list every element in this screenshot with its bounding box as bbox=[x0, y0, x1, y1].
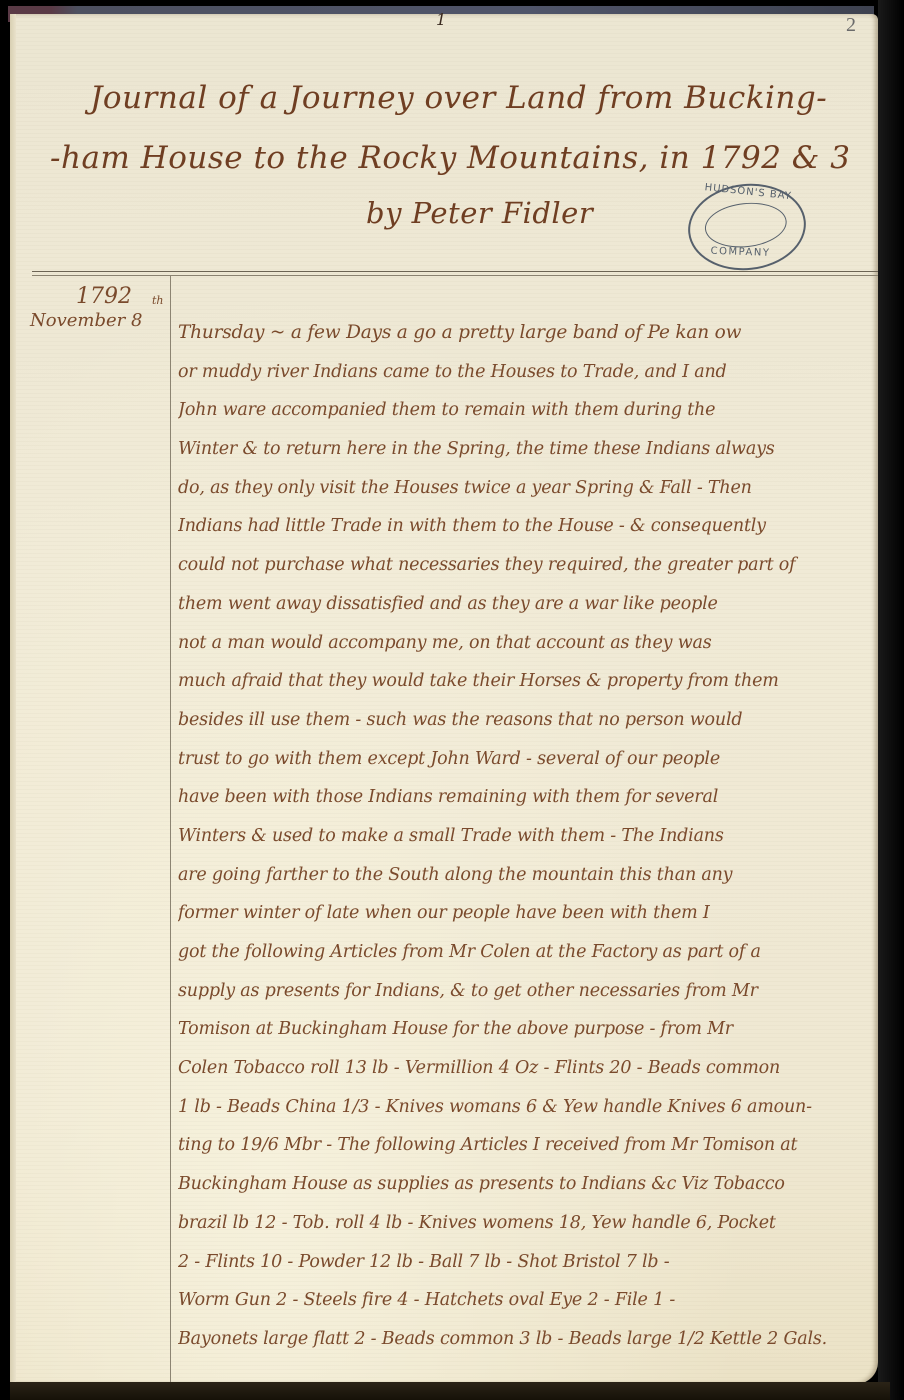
stamp-bottom-text: COMPANY bbox=[710, 246, 770, 259]
entry-line: supply as presents for Indians, & to get… bbox=[178, 972, 878, 1011]
manuscript-page: 1 2 Journal of a Journey over Land from … bbox=[10, 14, 878, 1384]
title-author-line: by Peter Fidler bbox=[366, 196, 593, 230]
entry-line: could not purchase what necessaries they… bbox=[178, 546, 878, 585]
entry-line: got the following Articles from Mr Colen… bbox=[178, 933, 878, 972]
entry-line: 1 lb - Beads China 1/3 - Knives womans 6… bbox=[178, 1088, 878, 1127]
entry-line: brazil lb 12 - Tob. roll 4 lb - Knives w… bbox=[178, 1204, 878, 1243]
entry-line: Tomison at Buckingham House for the abov… bbox=[178, 1010, 878, 1049]
entry-line: do, as they only visit the Houses twice … bbox=[178, 469, 878, 508]
entry-line: are going farther to the South along the… bbox=[178, 856, 878, 895]
entry-line: Colen Tobacco roll 13 lb - Vermillion 4 … bbox=[178, 1049, 878, 1088]
header-rule bbox=[32, 271, 878, 272]
hudsons-bay-company-stamp: HUDSON'S BAY COMPANY bbox=[684, 178, 810, 276]
margin-date: November 8 bbox=[30, 310, 142, 331]
entry-line: former winter of late when our people ha… bbox=[178, 894, 878, 933]
entry-line: Thursday ~ a few Days a go a pretty larg… bbox=[178, 314, 878, 353]
entry-line: them went away dissatisfied and as they … bbox=[178, 585, 878, 624]
entry-line: Bayonets large flatt 2 - Beads common 3 … bbox=[178, 1320, 878, 1359]
entry-line: Buckingham House as supplies as presents… bbox=[178, 1165, 878, 1204]
page-number: 2 bbox=[846, 14, 856, 37]
entry-line: Indians had little Trade in with them to… bbox=[178, 507, 878, 546]
margin-rule bbox=[170, 276, 171, 1384]
entry-line: not a man would accompany me, on that ac… bbox=[178, 624, 878, 663]
book-spine-shadow bbox=[878, 0, 904, 1400]
entry-line: much afraid that they would take their H… bbox=[178, 662, 878, 701]
margin-year: 1792 bbox=[76, 284, 132, 309]
entry-line: or muddy river Indians came to the House… bbox=[178, 353, 878, 392]
entry-line: Winter & to return here in the Spring, t… bbox=[178, 430, 878, 469]
title-line-1: Journal of a Journey over Land from Buck… bbox=[90, 80, 827, 116]
page-gutter-edge bbox=[10, 14, 16, 1384]
entry-line: Worm Gun 2 - Steels fire 4 - Hatchets ov… bbox=[178, 1281, 878, 1320]
entry-line: John ware accompanied them to remain wit… bbox=[178, 391, 878, 430]
entry-line: 2 - Flints 10 - Powder 12 lb - Ball 7 lb… bbox=[178, 1243, 878, 1282]
stamp-inner-oval bbox=[703, 199, 789, 251]
stamp-top-text: HUDSON'S BAY bbox=[704, 182, 792, 202]
entry-line: ting to 19/6 Mbr - The following Article… bbox=[178, 1126, 878, 1165]
folio-mark: 1 bbox=[436, 10, 446, 29]
journal-entry: Thursday ~ a few Days a go a pretty larg… bbox=[178, 314, 878, 1359]
title-line-2: -ham House to the Rocky Mountains, in 17… bbox=[50, 140, 850, 176]
entry-line: Winters & used to make a small Trade wit… bbox=[178, 817, 878, 856]
entry-line: trust to go with them except John Ward -… bbox=[178, 740, 878, 779]
entry-line: besides ill use them - such was the reas… bbox=[178, 701, 878, 740]
entry-line: have been with those Indians remaining w… bbox=[178, 778, 878, 817]
margin-date-ordinal: th bbox=[152, 294, 164, 307]
book-bottom-edge bbox=[10, 1382, 890, 1400]
header-rule-secondary bbox=[32, 275, 878, 276]
